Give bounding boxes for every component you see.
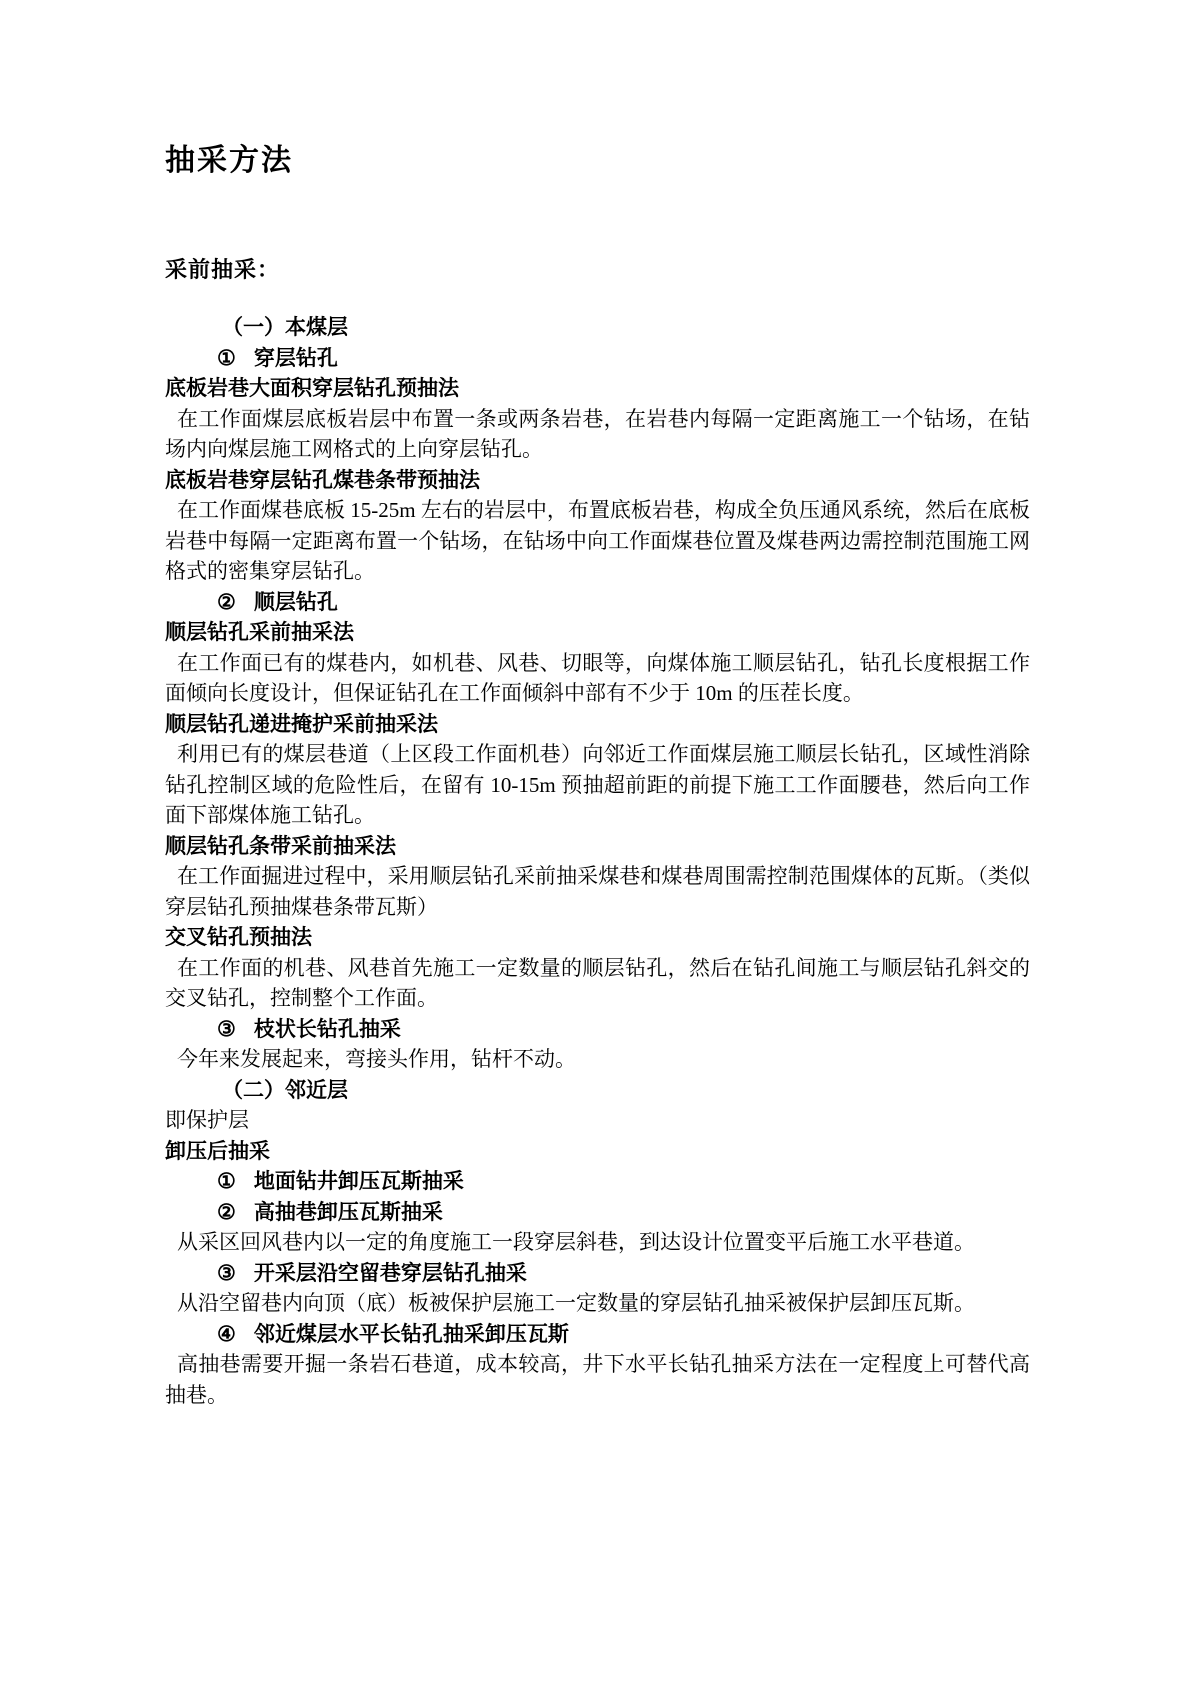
numbered-item: ③枝状长钻孔抽采 (165, 1014, 1030, 1045)
page-content: 抽采方法 采前抽采： （一）本煤层 ①穿层钻孔 底板岩巷大面积穿层钻孔预抽法 在… (165, 140, 1030, 1410)
item-label: 高抽巷卸压瓦斯抽采 (254, 1200, 443, 1224)
numbered-item: ④邻近煤层水平长钻孔抽采卸压瓦斯 (165, 1319, 1030, 1350)
numbered-item: ①穿层钻孔 (165, 343, 1030, 374)
method-label: 顺层钻孔条带采前抽采法 (165, 831, 1030, 862)
document-page: { "page": { "background": "#ffffff", "te… (0, 0, 1190, 1683)
item-number: ③ (217, 1258, 236, 1289)
item-label: 开采层沿空留巷穿层钻孔抽采 (254, 1261, 527, 1285)
paragraph: 利用已有的煤层巷道（上区段工作面机巷）向邻近工作面煤层施工顺层长钻孔，区域性消除… (165, 739, 1030, 831)
method-label: 底板岩巷穿层钻孔煤巷条带预抽法 (165, 465, 1030, 496)
item-number: ③ (217, 1014, 236, 1045)
group-heading: （二）邻近层 (165, 1075, 1030, 1106)
plain-line: 即保护层 (165, 1105, 1030, 1136)
paragraph: 从采区回风巷内以一定的角度施工一段穿层斜巷，到达设计位置变平后施工水平巷道。 (165, 1227, 1030, 1258)
item-label: 枝状长钻孔抽采 (254, 1017, 401, 1041)
doc-body: （一）本煤层 ①穿层钻孔 底板岩巷大面积穿层钻孔预抽法 在工作面煤层底板岩层中布… (165, 312, 1030, 1410)
item-label: 穿层钻孔 (254, 346, 338, 370)
item-label: 顺层钻孔 (254, 590, 338, 614)
item-number: ② (217, 587, 236, 618)
method-label: 卸压后抽采 (165, 1136, 1030, 1167)
method-label: 交叉钻孔预抽法 (165, 922, 1030, 953)
paragraph: 高抽巷需要开掘一条岩石巷道，成本较高，井下水平长钻孔抽采方法在一定程度上可替代高… (165, 1349, 1030, 1410)
item-label: 地面钻井卸压瓦斯抽采 (254, 1169, 464, 1193)
doc-title: 抽采方法 (165, 140, 1030, 182)
numbered-item: ②顺层钻孔 (165, 587, 1030, 618)
item-number: ② (217, 1197, 236, 1228)
paragraph: 今年来发展起来，弯接头作用，钻杆不动。 (165, 1044, 1030, 1075)
numbered-item: ①地面钻井卸压瓦斯抽采 (165, 1166, 1030, 1197)
numbered-item: ③开采层沿空留巷穿层钻孔抽采 (165, 1258, 1030, 1289)
method-label: 底板岩巷大面积穿层钻孔预抽法 (165, 373, 1030, 404)
paragraph: 在工作面的机巷、风巷首先施工一定数量的顺层钻孔，然后在钻孔间施工与顺层钻孔斜交的… (165, 953, 1030, 1014)
item-number: ① (217, 1166, 236, 1197)
item-number: ④ (217, 1319, 236, 1350)
paragraph: 从沿空留巷内向顶（底）板被保护层施工一定数量的穿层钻孔抽采被保护层卸压瓦斯。 (165, 1288, 1030, 1319)
paragraph: 在工作面掘进过程中，采用顺层钻孔采前抽采煤巷和煤巷周围需控制范围煤体的瓦斯。（类… (165, 861, 1030, 922)
paragraph: 在工作面煤巷底板 15-25m 左右的岩层中，布置底板岩巷，构成全负压通风系统，… (165, 495, 1030, 587)
item-number: ① (217, 343, 236, 374)
method-label: 顺层钻孔递进掩护采前抽采法 (165, 709, 1030, 740)
paragraph: 在工作面已有的煤巷内，如机巷、风巷、切眼等，向煤体施工顺层钻孔，钻孔长度根据工作… (165, 648, 1030, 709)
method-label: 顺层钻孔采前抽采法 (165, 617, 1030, 648)
section-heading: 采前抽采： (165, 254, 1030, 286)
item-label: 邻近煤层水平长钻孔抽采卸压瓦斯 (254, 1322, 569, 1346)
paragraph: 在工作面煤层底板岩层中布置一条或两条岩巷，在岩巷内每隔一定距离施工一个钻场，在钻… (165, 404, 1030, 465)
group-heading: （一）本煤层 (165, 312, 1030, 343)
numbered-item: ②高抽巷卸压瓦斯抽采 (165, 1197, 1030, 1228)
